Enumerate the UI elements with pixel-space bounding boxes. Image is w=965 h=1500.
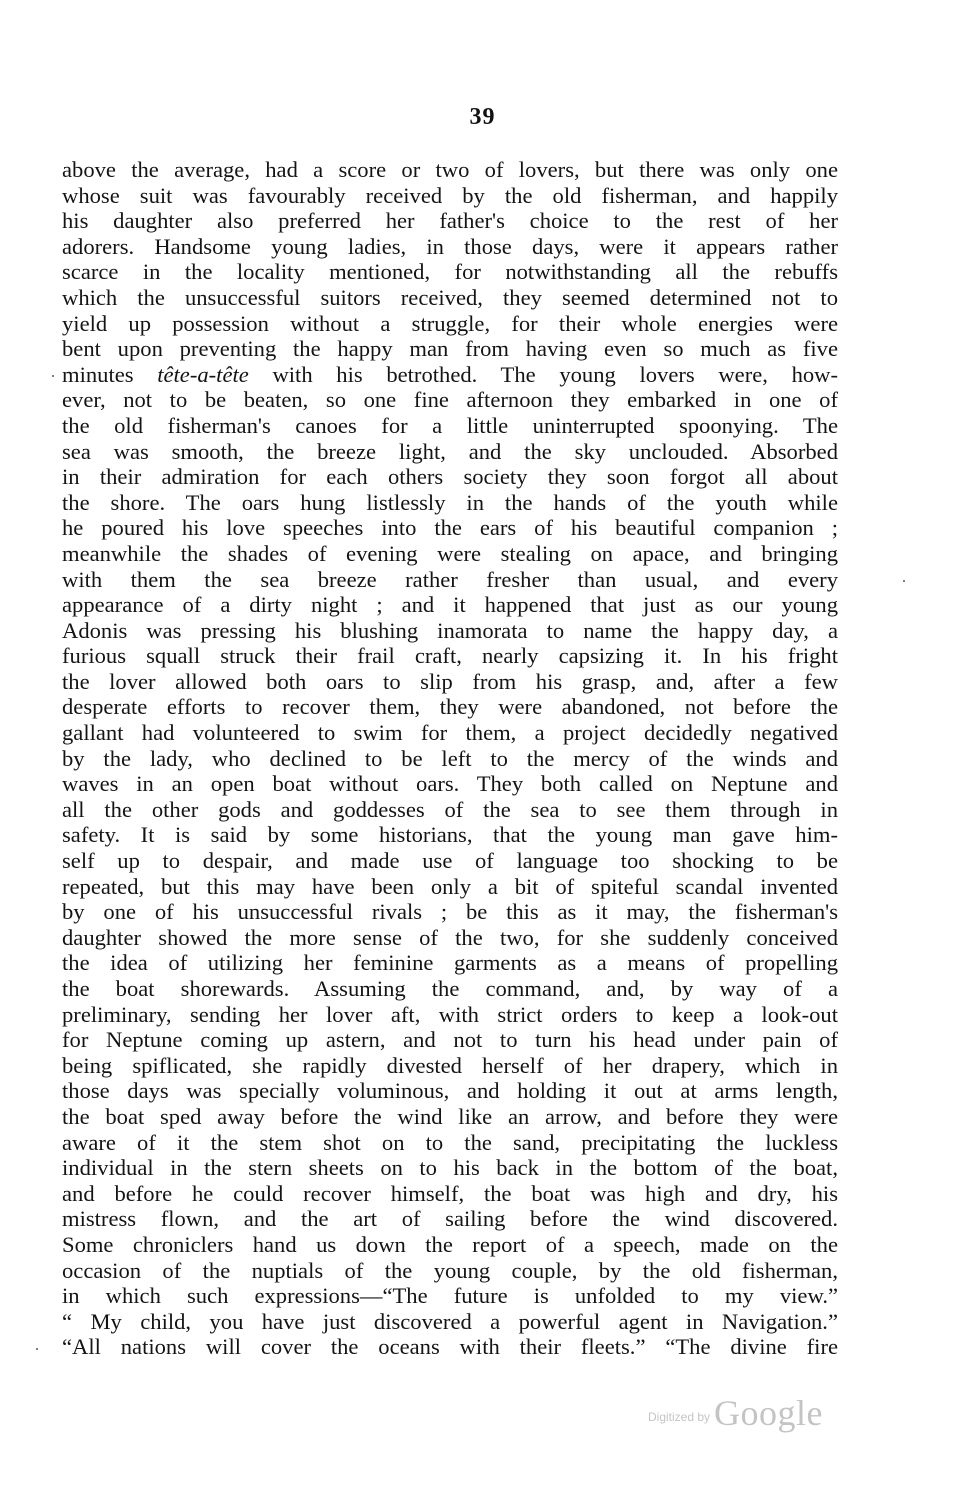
italic-phrase: tête-a-tête <box>157 362 249 387</box>
text-line: the idea of utilizing her feminine garme… <box>62 950 838 976</box>
text-line: self up to despair, and made use of lang… <box>62 848 838 874</box>
text-line: “ My child, you have just discovered a p… <box>62 1309 838 1335</box>
text-line: desperate efforts to recover them, they … <box>62 694 838 720</box>
text-line: adorers. Handsome young ladies, in those… <box>62 234 838 260</box>
text-line: Adonis was pressing his blushing inamora… <box>62 618 838 644</box>
text-line: Some chroniclers hand us down the report… <box>62 1232 838 1258</box>
text-line: waves in an open boat without oars. They… <box>62 771 838 797</box>
text-line: his daughter also preferred her father's… <box>62 208 838 234</box>
text-line: in their admiration for each others soci… <box>62 464 838 490</box>
text-line: daughter showed the more sense of the tw… <box>62 925 838 951</box>
text-line: the shore. The oars hung listlessly in t… <box>62 490 838 516</box>
body-text: above the average, had a score or two of… <box>62 157 838 1360</box>
text-line: sea was smooth, the breeze light, and th… <box>62 439 838 465</box>
text-line: by one of his unsuccessful rivals ; be t… <box>62 899 838 925</box>
text-line: furious squall struck their frail craft,… <box>62 643 838 669</box>
text-line: repeated, but this may have been only a … <box>62 874 838 900</box>
text-line: “All nations will cover the oceans with … <box>62 1334 838 1360</box>
text-line: occasion of the nuptials of the young co… <box>62 1258 838 1284</box>
text-line: individual in the stern sheets on to his… <box>62 1155 838 1181</box>
google-logo-text: Google <box>714 1393 823 1433</box>
text-line: with them the sea breeze rather fresher … <box>62 567 838 593</box>
margin-speck <box>36 1348 38 1350</box>
text-line: minutes tête-a-tête with his betrothed. … <box>62 362 838 388</box>
text-line: gallant had volunteered to swim for them… <box>62 720 838 746</box>
text-line: yield up possession without a struggle, … <box>62 311 838 337</box>
watermark-prefix: Digitized by <box>648 1410 710 1424</box>
text-line: above the average, had a score or two of… <box>62 157 838 183</box>
text-line: the old fisherman's canoes for a little … <box>62 413 838 439</box>
text-line: all the other gods and goddesses of the … <box>62 797 838 823</box>
text-line: meanwhile the shades of evening were ste… <box>62 541 838 567</box>
margin-speck <box>903 580 905 582</box>
margin-speck <box>52 375 54 377</box>
text-line: the boat sped away before the wind like … <box>62 1104 838 1130</box>
text-line: ever, not to be beaten, so one fine afte… <box>62 387 838 413</box>
text-line: bent upon preventing the happy man from … <box>62 336 838 362</box>
page-number: 39 <box>0 104 965 131</box>
text-line: the boat shorewards. Assuming the comman… <box>62 976 838 1002</box>
text-line: for Neptune coming up astern, and not to… <box>62 1027 838 1053</box>
text-line: those days was specially voluminous, and… <box>62 1078 838 1104</box>
text-line: scarce in the locality mentioned, for no… <box>62 259 838 285</box>
text-line: whose suit was favourably received by th… <box>62 183 838 209</box>
text-line: mistress flown, and the art of sailing b… <box>62 1206 838 1232</box>
text-line: he poured his love speeches into the ear… <box>62 515 838 541</box>
text-line: and before he could recover himself, the… <box>62 1181 838 1207</box>
text-line: appearance of a dirty night ; and it hap… <box>62 592 838 618</box>
text-line: by the lady, who declined to be left to … <box>62 746 838 772</box>
text-line: safety. It is said by some historians, t… <box>62 822 838 848</box>
text-fragment: minutes <box>62 362 134 387</box>
digitized-by-google-watermark: Digitized by Google <box>648 1392 823 1434</box>
text-line: preliminary, sending her lover aft, with… <box>62 1002 838 1028</box>
text-line: which the unsuccessful suitors received,… <box>62 285 838 311</box>
text-fragment: with his betrothed. The young lovers wer… <box>249 362 838 387</box>
text-line: aware of it the stem shot on to the sand… <box>62 1130 838 1156</box>
text-line: in which such expressions—“The future is… <box>62 1283 838 1309</box>
text-line: being spiflicated, she rapidly divested … <box>62 1053 838 1079</box>
text-line: the lover allowed both oars to slip from… <box>62 669 838 695</box>
